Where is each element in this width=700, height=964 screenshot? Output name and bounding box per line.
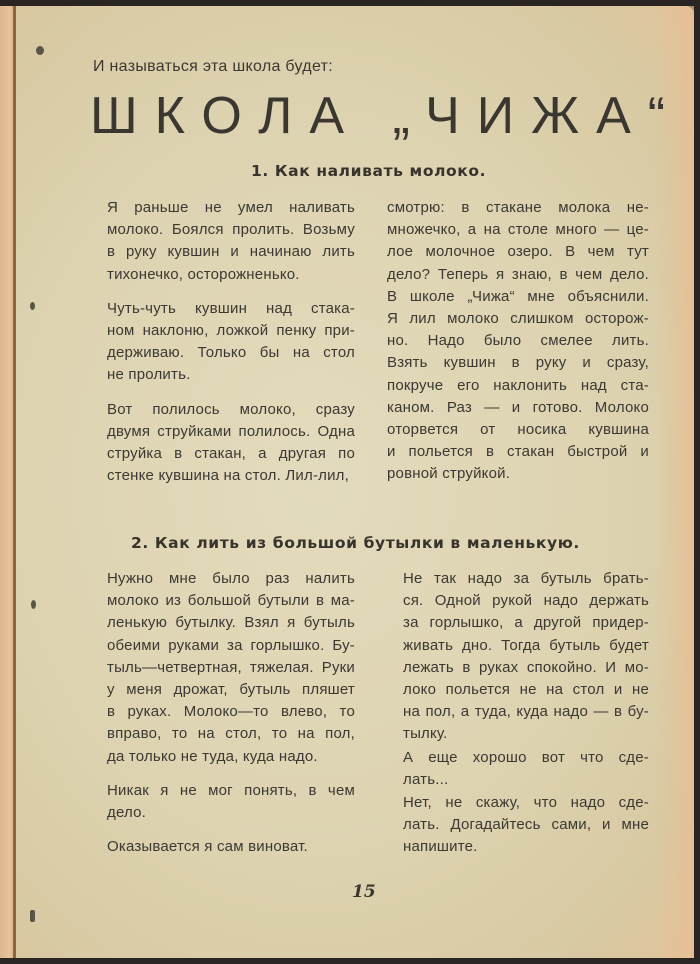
text-line: оторвется от носика кувшина: [387, 419, 649, 441]
text-line: Не так надо за бутыль брать-: [387, 568, 649, 590]
text-line: молоко. Боялся пролить. Возьму: [91, 219, 355, 241]
text-line: Я лил молоко слишком осторож-: [387, 308, 649, 330]
text-line: стенке кувшина на стол. Лил-лил,: [91, 465, 355, 487]
text-line: струйка в стакан, а другая по: [91, 443, 355, 465]
text-line: ном наклоню, ложкой пенку при-: [91, 320, 355, 342]
section-2-left-column: Нужно мне было раз налитьмолоко из больш…: [91, 568, 355, 870]
text-line: Чуть-чуть кувшин над стака-: [91, 298, 355, 320]
text-line: не пролить.: [91, 364, 355, 386]
text-line: Я раньше не умел наливать: [91, 197, 355, 219]
text-line: двумя струйками полилось. Одна: [91, 421, 355, 443]
text-line: держиваю. Только бы на стол: [91, 342, 355, 364]
text-line: ся. Одной рукой надо держать: [387, 590, 649, 612]
text-line: лежать в руках спокойно. И мо-: [387, 657, 649, 679]
text-line: да только не туда, куда надо.: [91, 746, 355, 768]
text-line: тыль—четвертная, тяжелая. Руки: [91, 657, 355, 679]
paragraph: Нет, не скажу, что надо сде-лать. Догада…: [387, 792, 649, 859]
text-line: Никак я не мог понять, в чем: [91, 780, 355, 802]
text-line: ленькую бутылку. Взял я бутыль: [91, 612, 355, 634]
page-number: 15: [352, 882, 376, 902]
paragraph: Вот полилось молоко, сразудвумя струйкам…: [91, 399, 355, 488]
text-line: лое молочное озеро. В чем тут: [387, 241, 649, 263]
text-line: у меня дрожат, бутыль пляшет: [91, 679, 355, 701]
text-line: Вот полилось молоко, сразу: [91, 399, 355, 421]
text-line: вправо, то на стол, то на пол,: [91, 723, 355, 745]
paragraph: смотрю: в стакане молока не-множечко, а …: [387, 197, 649, 486]
section-1-right-column: смотрю: в стакане молока не-множечко, а …: [387, 197, 649, 498]
section-1-left-column: Я раньше не умел наливатьмолоко. Боялся …: [91, 197, 355, 499]
intro-line: И называться эта школа будет:: [93, 58, 333, 76]
text-line: Нужно мне было раз налить: [91, 568, 355, 590]
text-line: Нет, не скажу, что надо сде-: [387, 792, 649, 814]
text-line: каном. Раз — и готово. Молоко: [387, 397, 649, 419]
text-line: Оказывается я сам виноват.: [91, 836, 355, 858]
text-line: лать...: [387, 769, 649, 791]
text-line: в руках. Молоко—то влево, то: [91, 701, 355, 723]
page-title: ШКОЛА „ЧИЖА“: [90, 86, 682, 146]
section-2-heading: 2. Как лить из большой бутылки в маленьк…: [131, 534, 580, 552]
text-line: но. Надо было смелее лить.: [387, 330, 649, 352]
page-content: И называться эта школа будет: ШКОЛА „ЧИЖ…: [0, 0, 700, 964]
text-line: Взять кувшин в руку и сразу,: [387, 352, 649, 374]
text-line: на пол, а туда, куда надо — в бу-: [387, 701, 649, 723]
text-line: ровной струйкой.: [387, 463, 649, 485]
text-line: в руку кувшин и начинаю лить: [91, 241, 355, 263]
text-line: смотрю: в стакане молока не-: [387, 197, 649, 219]
text-line: локо польется не на стол и не: [387, 679, 649, 701]
text-line: дело? Теперь я знаю, в чем дело.: [387, 264, 649, 286]
paragraph: Чуть-чуть кувшин над стака-ном наклоню, …: [91, 298, 355, 387]
text-line: напишите.: [387, 836, 649, 858]
text-line: лать. Догадайтесь сами, и мне: [387, 814, 649, 836]
text-line: обеими руками за горлышко. Бу-: [91, 635, 355, 657]
text-line: за горлышко, а другой придер-: [387, 612, 649, 634]
text-line: живать дно. Тогда бутыль будет: [387, 635, 649, 657]
section-1-heading: 1. Как наливать молоко.: [251, 162, 486, 180]
text-line: В школе „Чижа“ мне объяснили.: [387, 286, 649, 308]
text-line: тихонечко, осторожненько.: [91, 264, 355, 286]
text-line: тылку.: [387, 723, 649, 745]
paragraph: Нужно мне было раз налитьмолоко из больш…: [91, 568, 355, 768]
paragraph: Я раньше не умел наливатьмолоко. Боялся …: [91, 197, 355, 286]
paragraph: Оказывается я сам виноват.: [91, 836, 355, 858]
section-2-right-column: Не так надо за бутыль брать-ся. Одной ру…: [387, 568, 649, 860]
text-line: и польется в стакан быстрой и: [387, 441, 649, 463]
text-line: А еще хорошо вот что сде-: [387, 747, 649, 769]
paragraph: Не так надо за бутыль брать-ся. Одной ру…: [387, 568, 649, 746]
text-line: покруче его наклонить над ста-: [387, 375, 649, 397]
paragraph: Никак я не мог понять, в чемдело.: [91, 780, 355, 824]
text-line: дело.: [91, 802, 355, 824]
text-line: множечко, а на столе много — це-: [387, 219, 649, 241]
text-line: молоко из большой бутыли в ма-: [91, 590, 355, 612]
paragraph: А еще хорошо вот что сде-лать...: [387, 747, 649, 791]
